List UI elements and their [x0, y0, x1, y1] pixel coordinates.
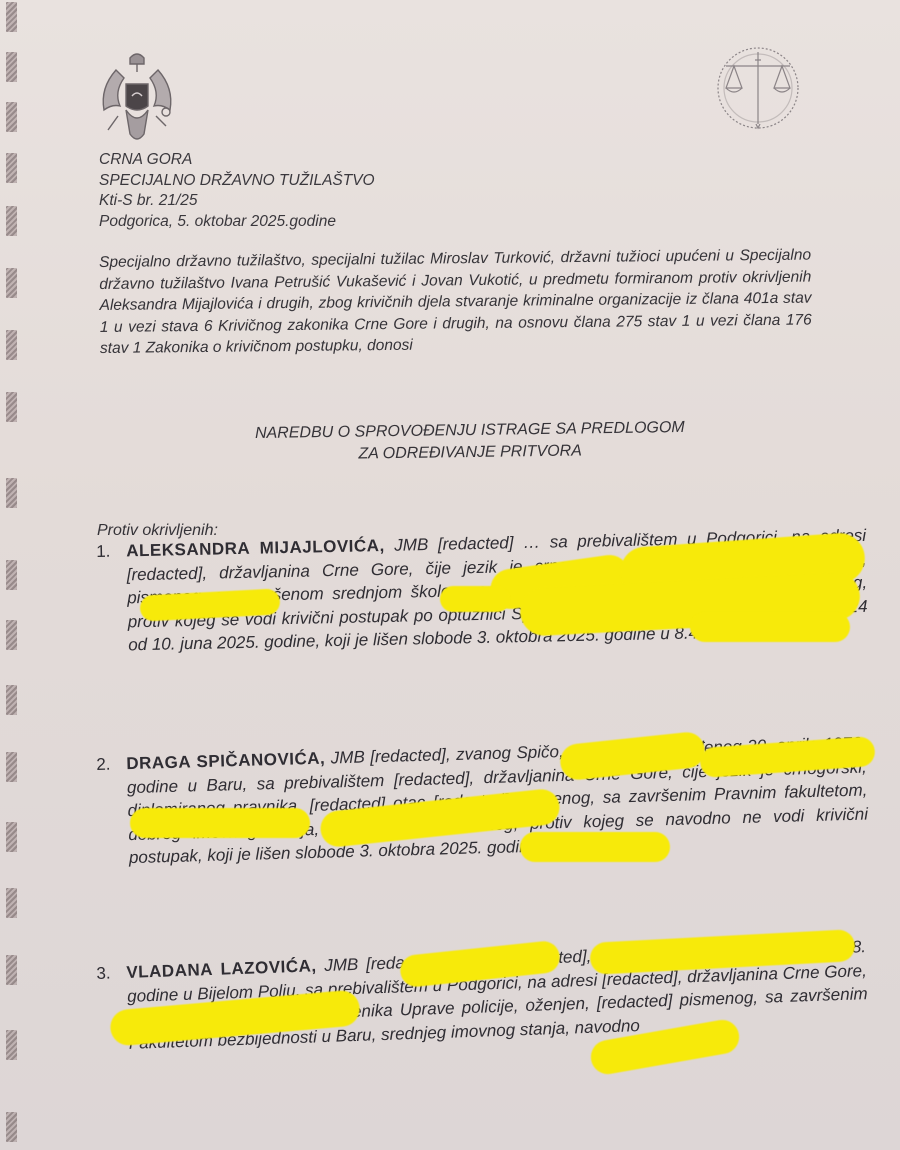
accused-name: DRAGA SPIČANOVIĆA,	[126, 749, 325, 774]
country-name: CRNA GORA	[99, 150, 375, 171]
accused-name: VLADANA LAZOVIĆA,	[126, 956, 317, 982]
binding-holes	[6, 0, 20, 1150]
case-number: Kti-S br. 21/25	[99, 191, 375, 212]
accused-name: ALEKSANDRA MIJAJLOVIĆA,	[126, 536, 385, 560]
document-title: NAREDBU O SPROVOĐENJU ISTRAGE SA PREDLOG…	[190, 416, 751, 468]
prosecutor-seal-icon	[700, 38, 818, 138]
institution-name: SPECIJALNO DRŽAVNO TUŽILAŠTVO	[99, 171, 375, 192]
accused-number: 3.	[96, 962, 111, 986]
document-page: CRNA GORA SPECIJALNO DRŽAVNO TUŽILAŠTVO …	[0, 0, 900, 1150]
coat-of-arms-icon	[96, 50, 178, 148]
intro-paragraph: Specijalno državno tužilaštvo, specijaln…	[99, 245, 812, 360]
accused-number: 2.	[96, 753, 111, 777]
document-header: CRNA GORA SPECIJALNO DRŽAVNO TUŽILAŠTVO …	[99, 150, 375, 232]
accused-number: 1.	[96, 540, 111, 564]
place-date: Podgorica, 5. oktobar 2025.godine	[99, 212, 375, 233]
